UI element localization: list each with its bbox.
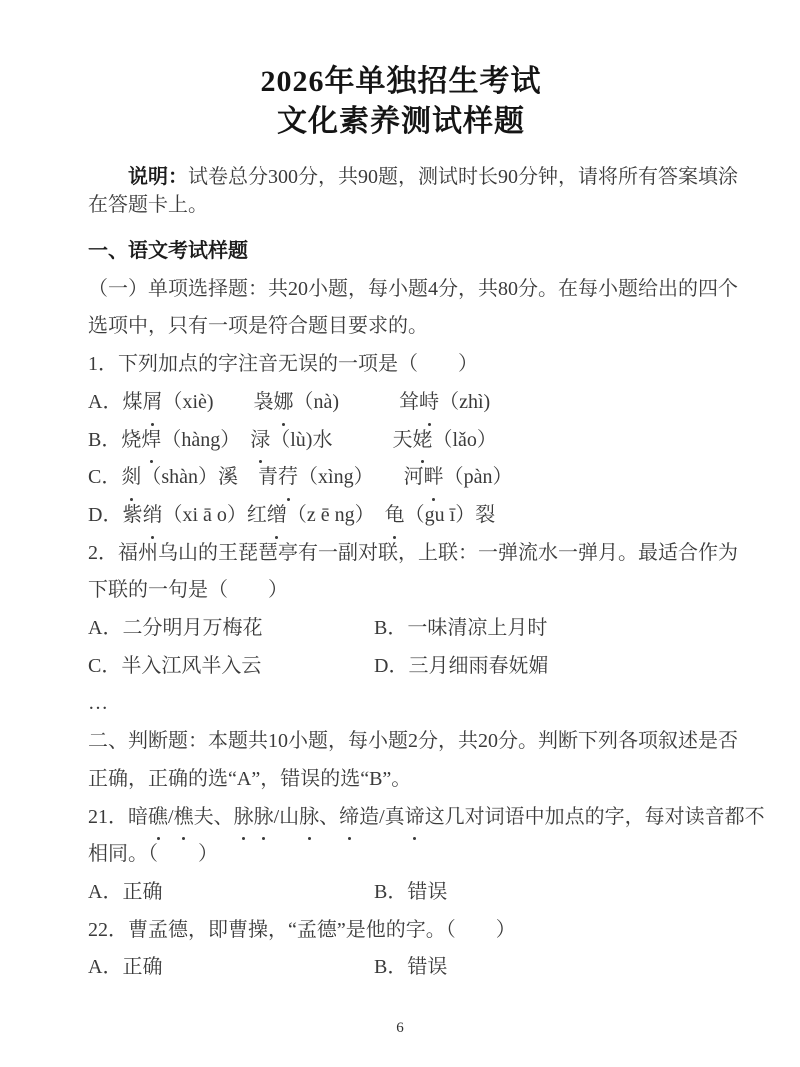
exam-title-line1: 2026年单独招生考试 [88, 62, 714, 102]
section1-heading: 一、语文考试样题 [88, 233, 714, 271]
q21-option-b: B．错误 [374, 874, 447, 912]
instructions-line1: 说明：试卷总分300分，共90题，测试时长90分钟，请将所有答案填涂 [88, 163, 714, 191]
q21-options-row: A．正确 B．错误 [88, 874, 714, 912]
q21-option-a: A．正确 [88, 874, 374, 912]
instructions-line2: 在答题卡上。 [88, 191, 714, 219]
page-number: 6 [0, 1019, 800, 1037]
q1-option-c: C．剡（shàn）溪 青荇（xìng） 河畔（pàn） [88, 459, 714, 497]
q1-option-d: D．紫绡（xi ā o）红缯（z ē ng） 龟（gu ī）裂 [88, 497, 714, 535]
q22-options-row: A．正确 B．错误 [88, 949, 714, 987]
section1-intro-line1: （一）单项选择题：共20小题，每小题4分，共80分。在每小题给出的四个 [88, 271, 714, 309]
section2-intro-line2: 正确，正确的选“A”，错误的选“B”。 [88, 761, 714, 799]
q2-options-row1: A．二分明月万梅花 B．一味清凉上月时 [88, 610, 714, 648]
q2-option-a: A．二分明月万梅花 [88, 610, 374, 648]
q22-option-b: B．错误 [374, 949, 447, 987]
ellipsis-line: … [88, 685, 714, 723]
q2-option-d: D．三月细雨春妩媚 [374, 648, 548, 686]
q1-stem: 1．下列加点的字注音无误的一项是（ ） [88, 346, 714, 384]
q21-stem-line2: 相同。（ ） [88, 836, 714, 874]
q1-option-a: A．煤屑（xiè) 袅娜（nà) 耸峙（zhì) [88, 384, 714, 422]
exam-instructions: 说明：试卷总分300分，共90题，测试时长90分钟，请将所有答案填涂 在答题卡上… [88, 163, 714, 219]
q2-option-c: C．半入江风半入云 [88, 648, 374, 686]
section2-intro-line1: 二、判断题：本题共10小题，每小题2分，共20分。判断下列各项叙述是否 [88, 723, 714, 761]
q22-stem: 22．曹孟德，即曹操，“孟德”是他的字。（ ） [88, 912, 714, 950]
q2-option-b: B．一味清凉上月时 [374, 610, 547, 648]
q22-option-a: A．正确 [88, 949, 374, 987]
section1-intro-line2: 选项中，只有一项是符合题目要求的。 [88, 308, 714, 346]
instructions-label: 说明： [128, 166, 188, 188]
q1-option-b: B．烧焊（hàng） 渌（lù)水 天姥（lǎo） [88, 422, 714, 460]
exam-title-line2: 文化素养测试样题 [88, 102, 714, 142]
q2-options-row2: C．半入江风半入云 D．三月细雨春妩媚 [88, 648, 714, 686]
q2-stem-line1: 2．福州乌山的王琵琶亭有一副对联，上联：一弹流水一弹月。最适合作为 [88, 535, 714, 573]
q21-stem-line1: 21．暗礁/樵夫、脉脉/山脉、缔造/真谛这几对词语中加点的字，每对读音都不 [88, 799, 714, 837]
exam-document-page: 2026年单独招生考试 文化素养测试样题 说明：试卷总分300分，共90题，测试… [0, 0, 800, 1067]
instructions-line1-text: 试卷总分300分，共90题，测试时长90分钟，请将所有答案填涂 [188, 166, 738, 188]
q2-stem-line2: 下联的一句是（ ） [88, 572, 714, 610]
